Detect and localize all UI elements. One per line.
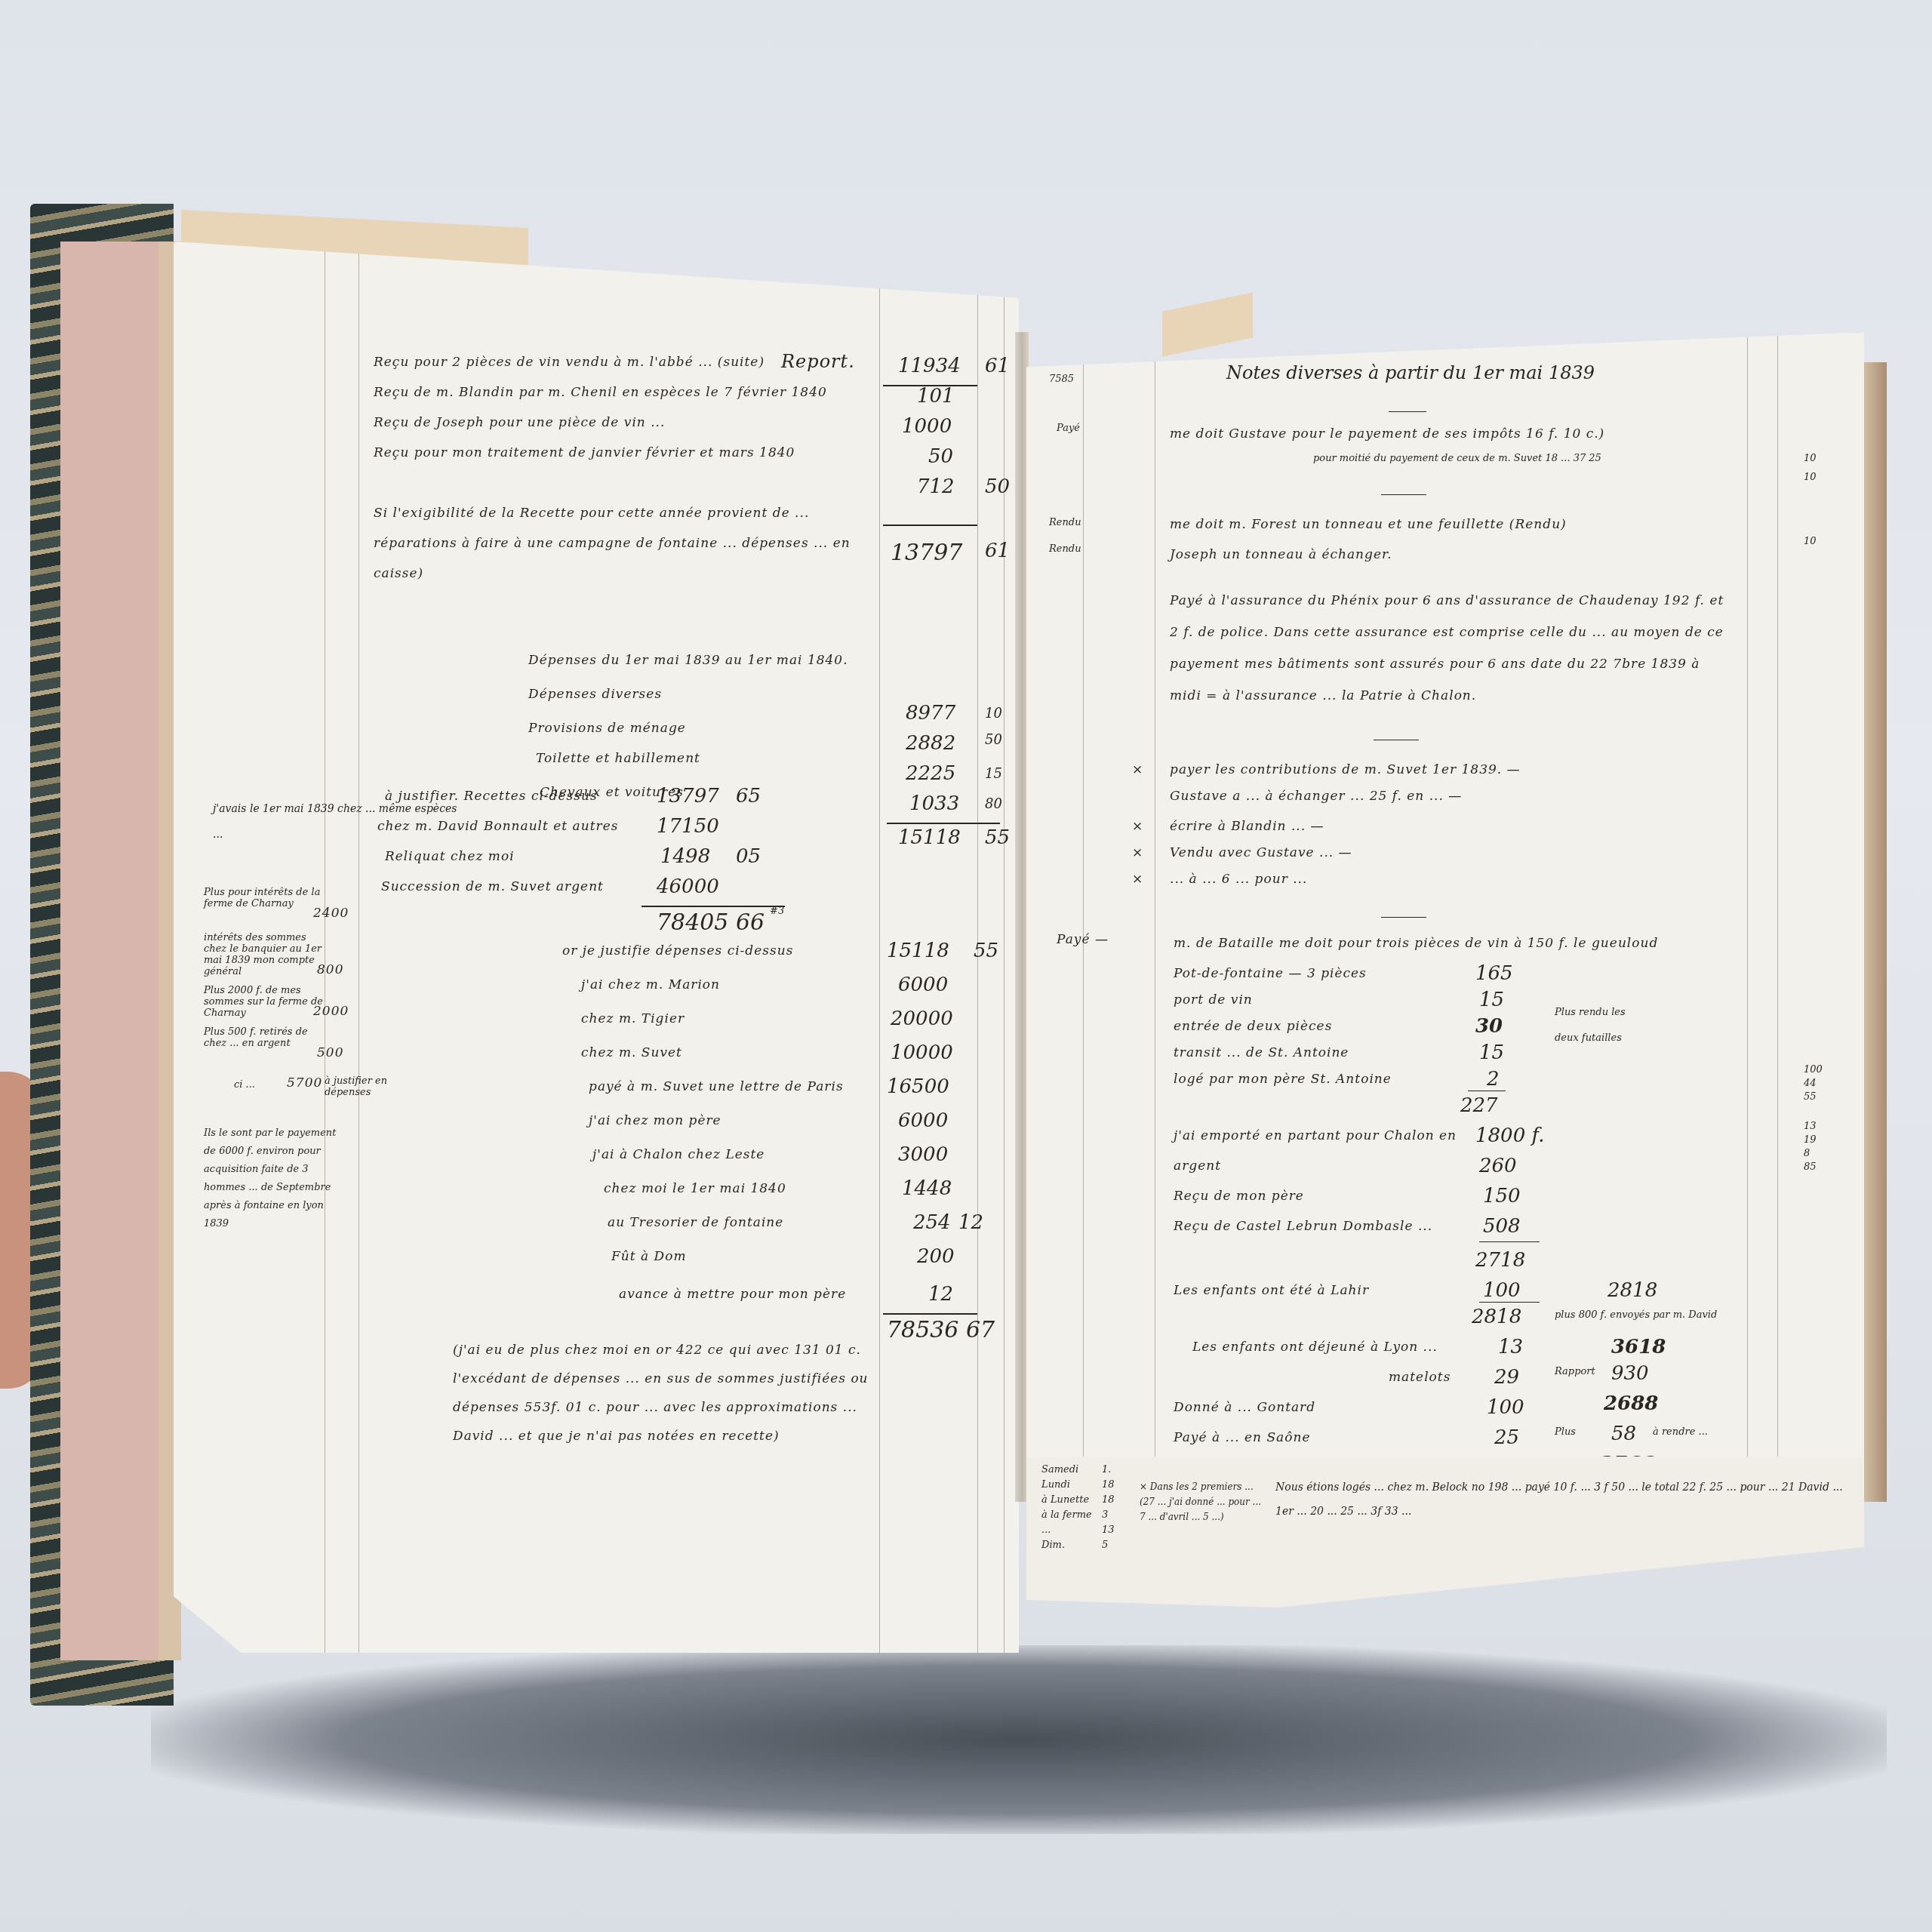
balance-amount: 16500 [887,1075,949,1098]
justif-amount: 13797 [657,785,719,808]
justif-amount: 46000 [657,875,719,898]
footer-margin-label: ... [1041,1524,1051,1536]
balance-cents: 55 [974,940,998,962]
expense-label: Dépenses diverses [528,687,662,702]
entry-amount: 1000 [902,415,952,438]
running-label: Plus [1555,1426,1576,1438]
account-subtotal: 2718 [1475,1249,1525,1272]
balance-amount: 1448 [902,1177,952,1200]
expenses-heading: Dépenses du 1er mai 1839 au 1er mai 1840… [528,653,848,668]
entry-cents: 50 [985,475,1010,498]
account-margin: Payé — [1057,932,1109,947]
far-right-number: 13 [1804,1121,1817,1132]
torn-page-fragment [1162,292,1253,357]
margin-line-amount: 2000 [313,1004,349,1019]
balance-label: chez moi le 1er mai 1840 [604,1181,786,1196]
balance-label: chez m. Suvet [581,1045,682,1060]
balance-amount: 254 [913,1211,951,1234]
account-line-amount: 29 [1494,1366,1519,1389]
balance-amount: 12 [928,1283,953,1306]
margin-line-amount: 500 [317,1045,343,1060]
running-amount: 58 [1611,1423,1636,1445]
far-right-number: 8 [1804,1148,1810,1159]
account-line-label: logé par mon père St. Antoine [1174,1072,1392,1087]
justif-label: Succession de m. Suvet argent [381,879,604,894]
balance-label: j'ai à Chalon chez Leste [592,1147,764,1162]
account-line-amount: 100 [1487,1396,1524,1419]
entry-margin: Payé [1057,423,1080,434]
account-line-amount: 165 [1475,962,1513,985]
account-line-amount: 150 [1483,1185,1521,1207]
justif-label: Reliquat chez moi [385,849,515,864]
entry-text: Reçu de Joseph pour une pièce de vin ... [374,415,665,430]
account-extra-label: Les enfants ont été à Lahir [1174,1283,1369,1298]
balance-label: payé à m. Suvet une lettre de Paris [589,1079,844,1094]
right-page-footer: Samedi 1. Lundi 18 à Lunette 18 à la fer… [1026,1457,1864,1607]
margin-top-note: 237 5/ [1053,355,1084,366]
footer-margin-amount: 18 [1102,1479,1115,1491]
footer-margin-label: à la ferme [1041,1509,1092,1521]
account-line-label: Reçu de Castel Lebrun Dombasle ... [1174,1219,1432,1234]
margin-line-text: Plus 2000 f. de mes sommes sur la ferme … [204,985,325,1019]
expenses-total-amount: 15118 [898,826,961,849]
amount-column-rule [1747,332,1748,1494]
check-mark: × [1132,762,1143,777]
account-line-label: Payé à ... en Saône [1174,1430,1310,1445]
entry-text: me doit m. Forest un tonneau et une feui… [1170,517,1567,532]
margin-sum-amount: 5700 [287,1075,322,1091]
footer-margin-amount: 3 [1102,1509,1108,1521]
insurance-paragraph: Payé à l'assurance du Phénix pour 6 ans … [1170,585,1728,712]
running-amount: 2688 [1604,1392,1658,1415]
account-line-amount: 15 [1479,989,1504,1011]
book-shadow [151,1645,1887,1834]
entry-text: Reçu pour mon traitement de janvier févr… [374,445,795,460]
margin-line-text: intérêts des sommes chez le banquier au … [204,932,325,977]
footer-margin-amount: 5 [1102,1540,1108,1551]
far-right-number: 85 [1804,1161,1817,1173]
justif-total-amount: 78405 [657,909,728,936]
margin-footer: Ils le sont par le payement de 6000 f. e… [204,1124,347,1233]
account-total: 227 [1460,1094,1498,1117]
margin-line-amount: 2400 [313,906,349,921]
footer-margin-label: Samedi [1041,1464,1078,1475]
report-label: Report. [781,351,855,372]
margin-note-top: j'avais le 1er mai 1839 chez ... même es… [213,796,469,848]
far-right-number: 10 [1804,472,1817,483]
check-text: payer les contributions de m. Suvet 1er … [1170,762,1521,777]
justif-total-note: #3 [770,906,784,917]
footer-margin-amount: 18 [1102,1494,1115,1506]
account-line-label: Donné à ... Gontard [1174,1400,1315,1415]
expense-amount: 2882 [906,732,955,755]
balance-label: j'ai chez mon père [589,1113,721,1128]
expense-amount: 2225 [906,762,955,785]
balance-label: chez m. Tigier [581,1011,685,1026]
far-right-number: 10 [1804,453,1817,464]
balance-label: j'ai chez m. Marion [581,977,720,992]
account-line-label: entrée de deux pièces [1174,1019,1332,1034]
check-text: écrire à Blandin ... — [1170,819,1324,834]
balance-amount: 20000 [891,1008,953,1030]
margin-sum-suffix: à justifier en dépenses [325,1075,408,1098]
check-mark: × [1132,819,1143,834]
balance-amount: 10000 [891,1041,953,1064]
account-line-amount: 508 [1483,1215,1521,1238]
far-right-number: 10 [1804,536,1817,547]
justif-amount: 1498 [660,845,710,868]
footer-margin-label: à Lunette [1041,1494,1089,1506]
entry-text: Reçu pour 2 pièces de vin vendu à m. l'a… [374,355,764,370]
margin-rule [358,241,359,1653]
check-text: Vendu avec Gustave ... — [1170,845,1352,860]
balance-amount: 3000 [898,1143,948,1166]
footer-paragraph: Nous étions logés ... chez m. Belock no … [1275,1475,1849,1524]
balance-cents: 12 [958,1211,983,1234]
expense-amount: 1033 [909,792,959,815]
account-line-amount: 260 [1479,1155,1517,1177]
paragraph-note: Si l'exigibilité de la Recette pour cett… [374,498,864,589]
entry-subtext: pour moitié du payement de ceux de m. Su… [1313,453,1601,464]
account-line-label: Les enfants ont déjeuné à Lyon ... [1192,1340,1438,1355]
bottom-note: (j'ai eu de plus chez moi en or 422 ce q… [453,1260,875,1451]
footer-margin-amount: 13 [1102,1524,1115,1536]
balance-amount: 200 [917,1245,955,1268]
subtotal-amount: 13797 [891,540,962,566]
account-line-amount: 30 [1475,1015,1503,1038]
balance-amount: 6000 [898,1109,948,1132]
justif-cents: 05 [736,845,761,868]
account-line-label: Reçu de mon père [1174,1189,1304,1204]
entry-amount: 101 [917,385,955,408]
far-right-number: 55 [1804,1091,1817,1103]
expense-amount: 8977 [906,702,955,724]
account-line-label: j'ai emporté en partant pour Chalon en [1174,1128,1457,1143]
running-amount: 2818 [1607,1279,1657,1302]
balance-total-cents: 67 [966,1317,995,1343]
account-extra-amount: 100 [1483,1279,1521,1302]
account-line-label: port de vin [1174,992,1253,1008]
amount-column-rule [1777,332,1778,1494]
far-right-number: 19 [1804,1134,1817,1146]
footer-margin-label: Dim. [1041,1540,1065,1551]
far-right-column: 10 10 10 100 44 55 13 19 8 85 [1804,453,1834,1207]
far-right-number: 100 [1804,1064,1823,1075]
entry-amount: 712 [917,475,955,498]
running-amount: 930 [1611,1362,1649,1385]
page-title: Notes diverses à partir du 1er mai 1839 [1226,362,1595,383]
account-line-amount: 2 [1487,1068,1500,1091]
check-text: ... à ... 6 ... pour ... [1170,872,1307,887]
pink-endpaper [60,241,174,1660]
balance-label: or je justifie dépenses ci-dessus [562,943,793,958]
account-line-amount: 25 [1494,1426,1519,1449]
entry-margin: Rendu [1049,543,1081,555]
account-line-label: transit ... de St. Antoine [1174,1045,1349,1060]
running-amount: 3618 [1611,1336,1666,1358]
margin-rule [1155,332,1155,1494]
expense-label: Provisions de ménage [528,721,686,736]
expense-cents: 10 [985,706,1002,721]
expense-cents: 80 [985,796,1002,812]
entry-amount: 50 [928,445,953,468]
account-line-amount: 15 [1479,1041,1504,1064]
subtotal-cents: 61 [985,540,1010,562]
entry-margin: Rendu [1049,517,1081,528]
check-text: Gustave a ... à échanger ... 25 f. en ..… [1170,789,1462,804]
balance-total-amount: 78536 [887,1317,958,1343]
margin-top-note: 7585 [1049,374,1074,385]
account-line-amount: 13 [1498,1336,1523,1358]
entry-text: Joseph un tonneau à échanger. [1170,547,1392,562]
expense-cents: 50 [985,732,1002,748]
account-line-label: Pot-de-fontaine — 3 pièces [1174,966,1367,981]
far-right-number: 44 [1804,1078,1817,1089]
expenses-total-cents: 55 [985,826,1010,849]
footer-margin-amount: 1. [1102,1464,1111,1475]
margin-rule [1083,332,1084,1494]
justif-total-cents: 66 [736,909,764,936]
margin-line-amount: 800 [317,962,343,977]
running-label: plus 800 f. envoyés par m. David [1555,1309,1717,1321]
expense-label: Toilette et habillement [536,751,700,766]
justif-amount: 17150 [657,815,719,838]
balance-amount: 6000 [898,974,948,996]
running-note: à rendre ... [1653,1426,1708,1438]
entry-text: Reçu de m. Blandin par m. Chenil en espè… [374,385,827,400]
check-mark: × [1132,845,1143,860]
entry-text: me doit Gustave pour le payement de ses … [1170,426,1604,441]
right-page: 237 5/ 7585 Notes diverses à partir du 1… [1026,332,1864,1494]
margin-rule [325,241,325,1653]
balance-amount: 15118 [887,940,949,962]
account-heading: m. de Bataille me doit pour trois pièces… [1174,936,1658,951]
entry-amount: 11934 [898,355,961,377]
running-label: Rapport [1555,1366,1595,1377]
expense-cents: 15 [985,766,1002,782]
margin-line-text: Plus 500 f. retirés de chez ... en argen… [204,1026,325,1049]
justif-cents: 65 [736,785,761,808]
cents-column-rule [1004,241,1004,1653]
account-total: 2818 [1472,1306,1521,1328]
check-mark: × [1132,872,1143,887]
footer-margin-label: Lundi [1041,1479,1070,1491]
amount-column-rule [879,241,880,1653]
margin-sum-prefix: ci ... [234,1079,255,1091]
account-line-label: matelots [1389,1370,1451,1385]
left-page: Report. Reçu pour 2 pièces de vin vendu … [174,241,1019,1653]
entry-cents: 61 [985,355,1010,377]
balance-label: au Tresorier de fontaine [608,1215,783,1230]
account-side-note: Plus rendu les deux futailles [1555,1000,1630,1051]
footer-side-note: × Dans les 2 premiers ... (27 ... j'ai d… [1140,1479,1268,1524]
margin-line-text: Plus pour intérêts de la ferme de Charna… [204,887,325,909]
account-line-amount: 1800 f. [1475,1124,1544,1147]
account-line-label: argent [1174,1158,1221,1174]
